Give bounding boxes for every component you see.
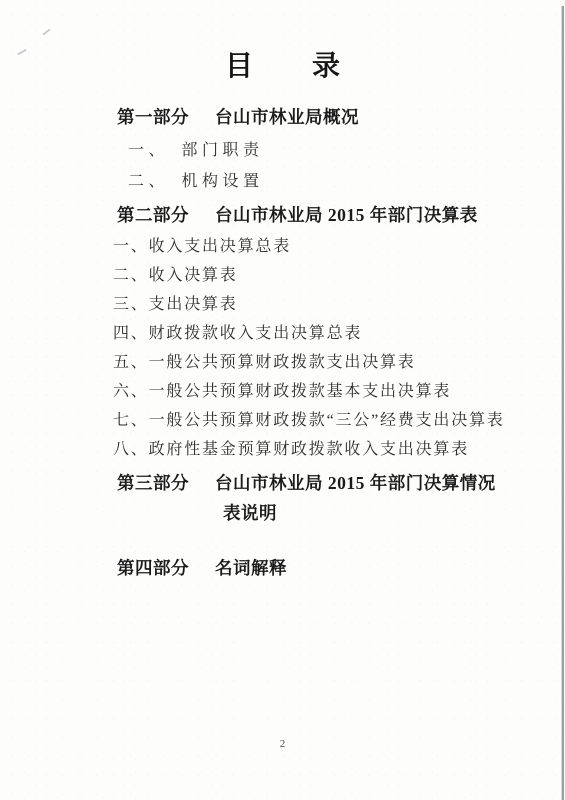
toc-title-char: 目 (225, 50, 253, 83)
toc-item: 五、一般公共预算财政拨款支出决算表 (0, 353, 565, 372)
toc-part-title: 名词解释 (215, 556, 287, 580)
toc-part-label: 第四部分 (117, 556, 189, 580)
toc-part-title: 台山市林业局 2015 年部门决算表 (215, 203, 478, 227)
toc-item: 二、收入决算表 (0, 266, 565, 285)
toc-part-heading: 第一部分台山市林业局概况 (0, 105, 565, 129)
toc-item: 三、支出决算表 (0, 295, 565, 314)
page-number: 2 (0, 738, 565, 750)
toc-part-heading: 第四部分名词解释 (0, 556, 565, 580)
toc-item: 一、收入支出决算总表 (0, 237, 565, 256)
toc-part-label: 第三部分 (117, 471, 189, 495)
scanned-page: 目 录 第一部分台山市林业局概况一、 部门职责二、 机构设置第二部分台山市林业局… (0, 0, 565, 800)
toc-entries: 第一部分台山市林业局概况一、 部门职责二、 机构设置第二部分台山市林业局 201… (0, 83, 565, 580)
toc-item: 四、财政拨款收入支出决算总表 (0, 324, 565, 343)
toc-item: 六、一般公共预算财政拨款基本支出决算表 (0, 382, 565, 401)
toc-part-label: 第二部分 (117, 203, 189, 227)
toc-title: 目 录 (0, 50, 565, 83)
toc-title-char: 录 (312, 50, 340, 83)
toc-part-heading: 第三部分台山市林业局 2015 年部门决算情况表说明 (0, 471, 565, 525)
toc-part-label: 第一部分 (117, 105, 189, 129)
pencil-mark (42, 28, 50, 35)
toc-part-title-wrap: 表说明 (117, 501, 565, 525)
toc-item: 八、政府性基金预算财政拨款收入支出决算表 (0, 440, 565, 459)
toc-sub-item: 二、 机构设置 (0, 172, 565, 191)
toc-sub-item: 一、 部门职责 (0, 141, 565, 160)
scan-edge-shadow (562, 6, 564, 800)
toc-part-heading: 第二部分台山市林业局 2015 年部门决算表 (0, 203, 565, 227)
toc-part-title: 台山市林业局 2015 年部门决算情况 (215, 471, 496, 495)
toc-part-title: 台山市林业局概况 (215, 105, 359, 129)
toc-item: 七、一般公共预算财政拨款“三公”经费支出决算表 (0, 411, 565, 430)
